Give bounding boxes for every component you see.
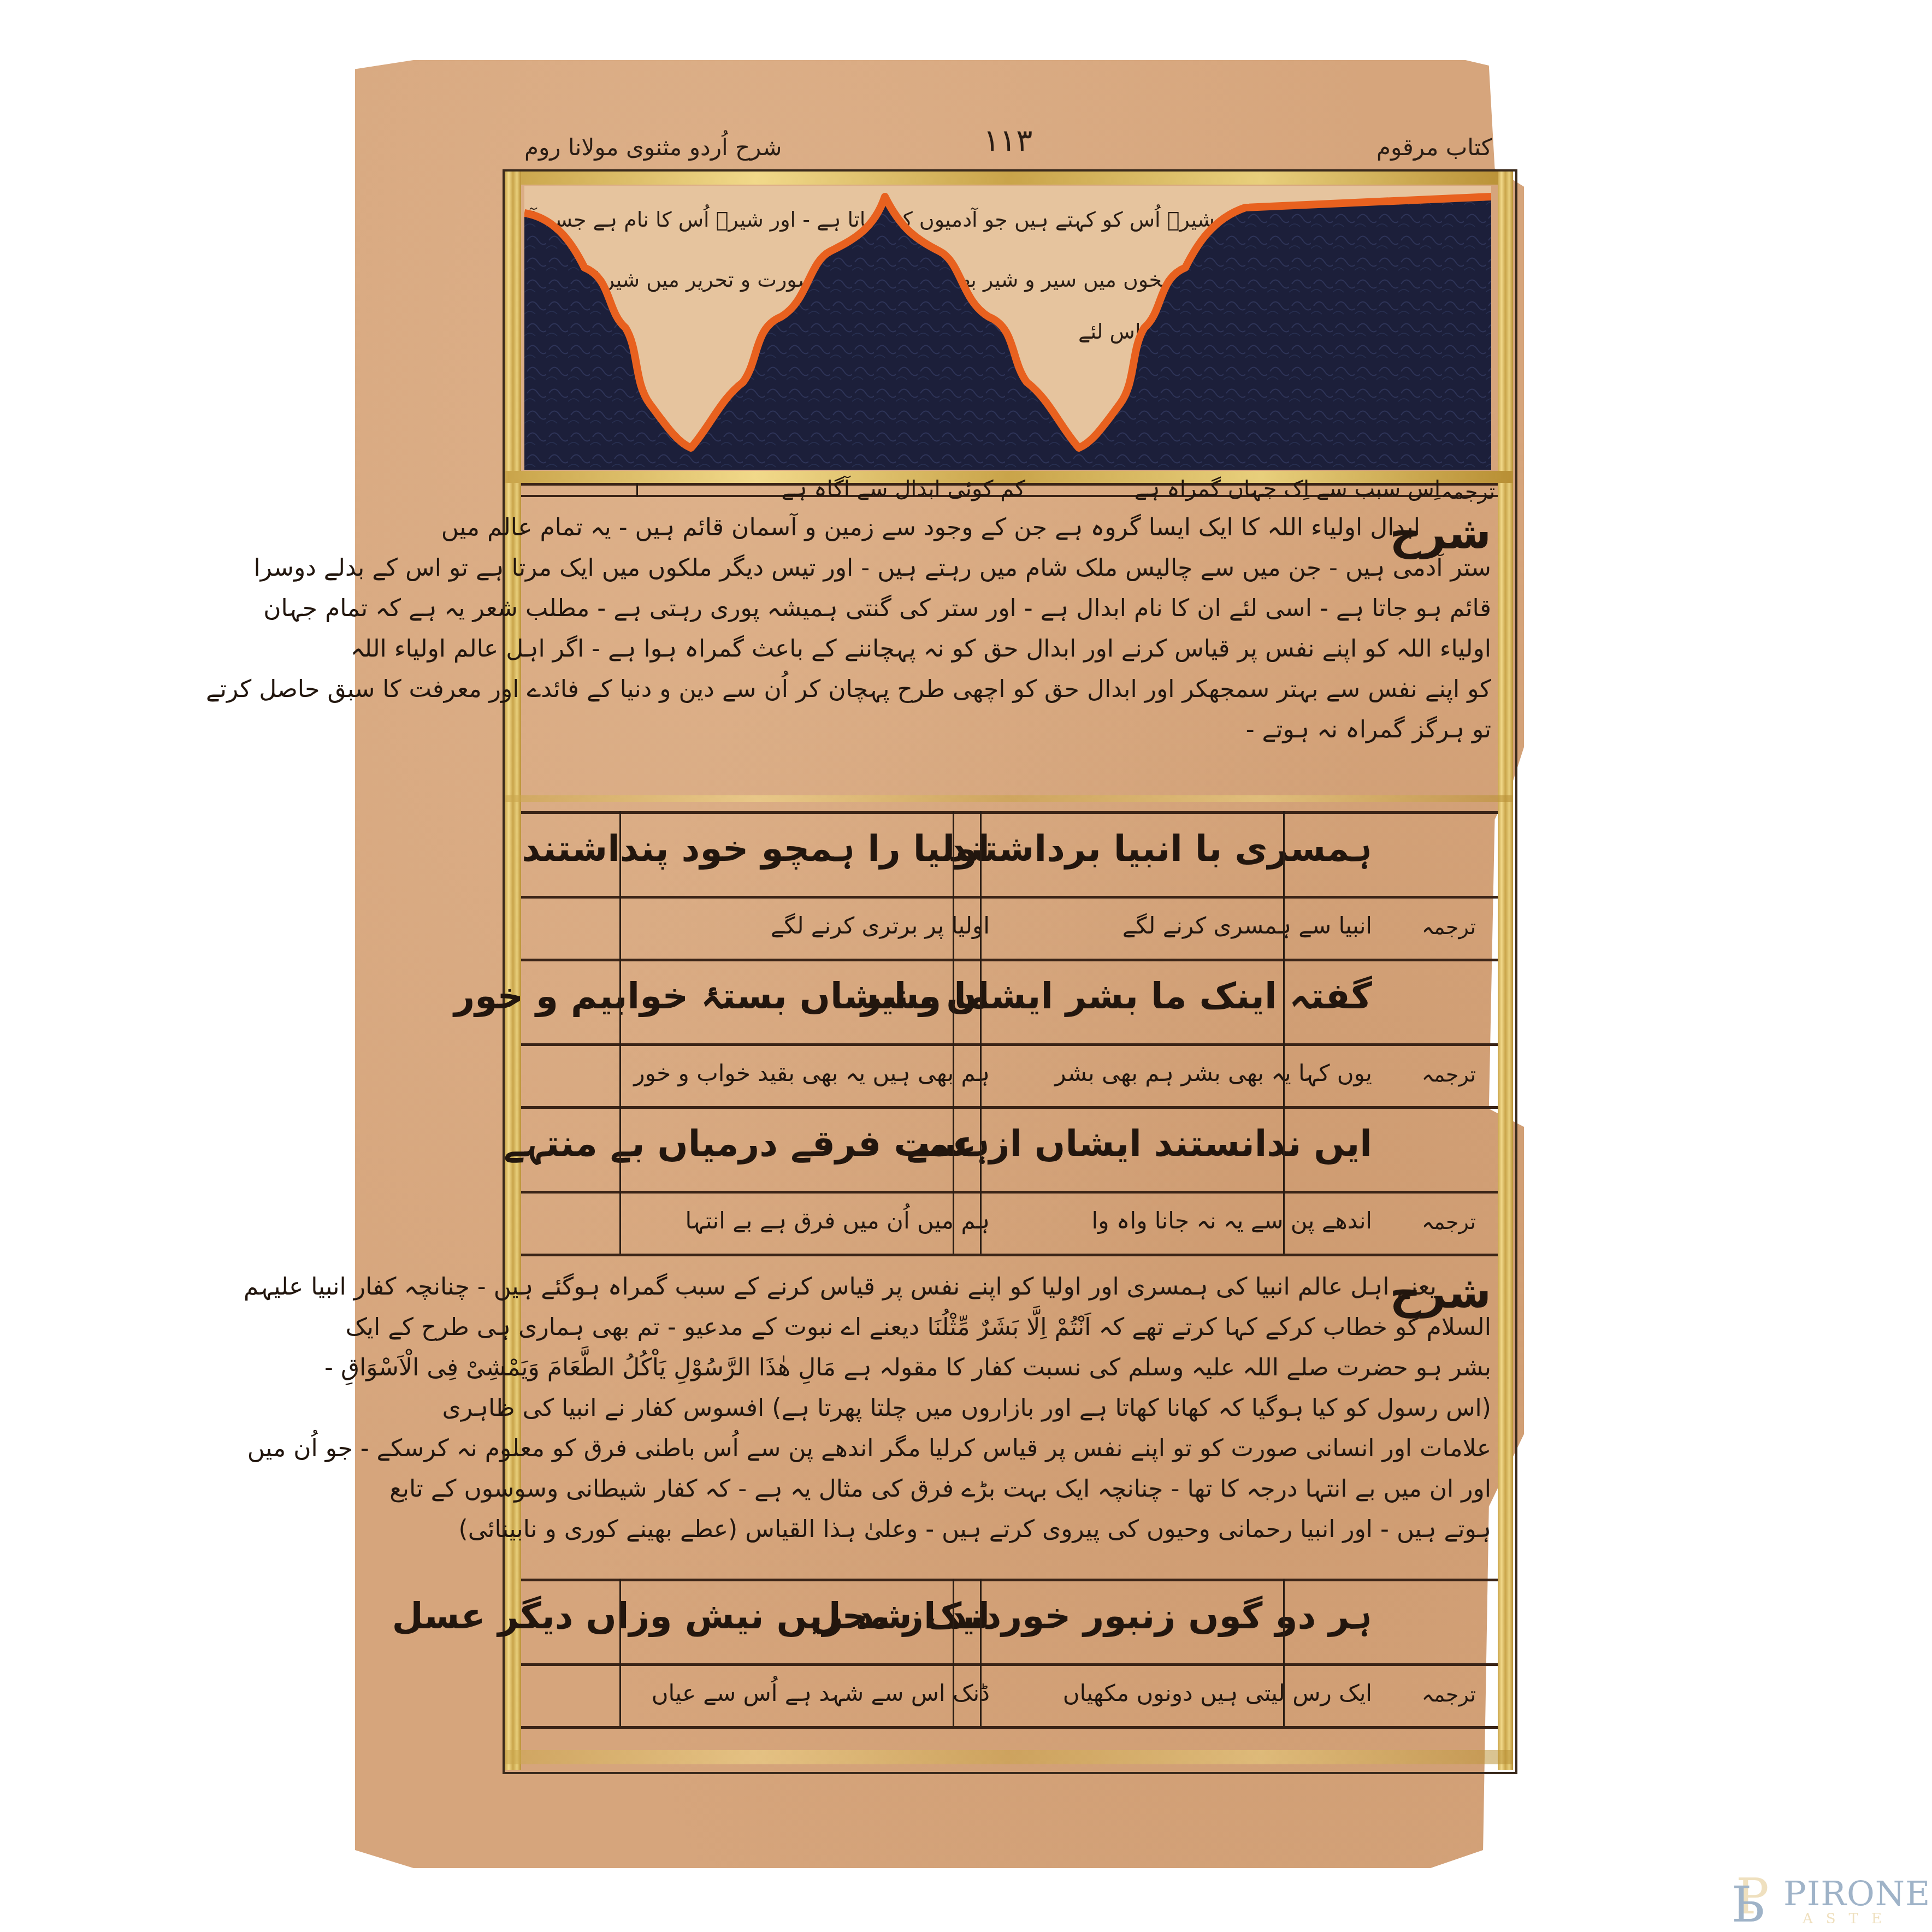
translation-label: ترجمہ — [1422, 1210, 1476, 1234]
rule — [521, 1043, 1498, 1046]
watermark-brand: PIRONE — [1783, 1874, 1930, 1913]
verse-hemistich-left: اولیا را ہمچو خود پنداشتند — [522, 828, 990, 870]
translation-right: اِس سبب سے اِک جہاں گمراہ ہے — [1135, 476, 1440, 501]
translation-left: ڈنک اس سے شہد ہے اُس سے عیاں — [652, 1680, 990, 1706]
commentary-line: علامات اور انسانی صورت کو تو اپنے نفس پر… — [247, 1434, 1491, 1462]
commentary-line: قائم ہو جاتا ہے - اسی لئے ان کا نام ابدا… — [263, 594, 1491, 622]
translation-left: ہم بھی ہیں یہ بھی بقید خواب و خور — [634, 1060, 990, 1086]
rule — [521, 811, 1498, 814]
watermark-sub: ASTE — [1803, 1911, 1895, 1927]
verse-hemistich-left: لیک شد زیں نیش وزاں دیگر عسل — [392, 1595, 990, 1637]
column-divider — [619, 811, 621, 1254]
column-divider — [980, 1579, 982, 1726]
page-number: ۱۱۳ — [983, 123, 1032, 158]
translation-right: اندھے پن سے یہ نہ جانا واہ وا — [1092, 1207, 1372, 1234]
rule — [521, 1254, 1498, 1256]
translation-label: ترجمہ — [1441, 480, 1495, 504]
verse-table-2: ہر دو گوں زنبور خوردند از محللیک شد زیں … — [521, 1579, 1498, 1748]
commentary-line: اور ان میں بے انتہا درجہ کا تھا - چنانچہ… — [389, 1475, 1491, 1503]
commentary-line: ہوتے ہیں - اور انبیا رحمانی وحیوں کی پیر… — [459, 1515, 1491, 1543]
verse-hemistich-left: ہست فرقے درمیاں بے منتہے — [504, 1122, 990, 1165]
column-divider — [980, 811, 982, 1254]
translation-label: ترجمہ — [1422, 1682, 1476, 1706]
gold-border-right — [1498, 172, 1513, 1770]
illuminated-headpiece: شیرآن باشد کہ مردم میخورد - شیرؔ اُس کو … — [524, 186, 1491, 470]
verse-table-1: ہمسری با انبیا برداشتنداولیا را ہمچو خود… — [521, 811, 1498, 1265]
rule — [521, 1579, 1498, 1581]
translation-left: ہم میں اُن میں فرق ہے بے انتہا — [685, 1207, 990, 1234]
rule — [521, 1726, 1498, 1729]
commentary-line: کو اپنے نفس سے بہتر سمجھکر اور ابدال حق … — [206, 675, 1491, 703]
commentary-block-2: شرح یعنے اہل عالم انبیا کی ہمسری اور اول… — [530, 1267, 1491, 1562]
running-header-right: کتاب مرقوم — [1376, 134, 1492, 161]
gold-border-bottom — [505, 1750, 1513, 1764]
rule — [521, 1106, 1498, 1109]
column-divider — [1283, 811, 1285, 1254]
translation-right: ایک رس لیتی ہیں دونوں مکھیاں — [1063, 1680, 1372, 1706]
rule — [521, 1663, 1498, 1666]
commentary-line: یعنے اہل عالم انبیا کی ہمسری اور اولیا ک… — [244, 1273, 1437, 1301]
commentary-line: السلام کو خطاب کرکے کہا کرتے تھے کہ اَنْ… — [345, 1313, 1491, 1341]
cusped-arch-ornament — [524, 186, 1491, 470]
translation-right: یوں کہا یہ بھی بشر ہم بھی بشر — [1055, 1060, 1372, 1086]
commentary-line: بشر ہو حضرت صلے اللہ علیہ وسلم کی نسبت ک… — [324, 1354, 1491, 1381]
translation-left: کم کوئی ابدال سے آگاہ ہے — [782, 476, 1025, 501]
translation-label: ترجمہ — [1422, 1062, 1476, 1086]
column-divider — [1283, 1579, 1285, 1726]
rule — [521, 896, 1498, 899]
column-divider — [636, 483, 638, 497]
gold-band — [505, 795, 1513, 802]
verse-hemistich-left: ما و ایشاں بستۂ خوابیم و خور — [454, 975, 990, 1017]
commentary-block-1: شرح ابدال اولیاء اللہ کا ایک ایسا گروہ ہ… — [530, 508, 1491, 792]
commentary-line: تو ہرگز گمراہ نہ ہوتے - — [1246, 716, 1491, 743]
column-divider — [619, 1579, 621, 1726]
running-header-left: شرح اُردو مثنوی مولانا روم — [524, 134, 782, 161]
commentary-line: ستر آدمی ہیں - جن میں سے چالیس ملک شام م… — [254, 554, 1491, 582]
rule — [521, 1191, 1498, 1194]
column-divider — [953, 811, 954, 1254]
commentary-line: ابدال اولیاء اللہ کا ایک ایسا گروہ ہے جن… — [441, 513, 1420, 541]
verse-hemistich-right: ہمسری با انبیا برداشتند — [949, 828, 1372, 870]
commentary-line: (اس رسول کو کیا ہوگیا کہ کھانا کھاتا ہے … — [442, 1394, 1491, 1422]
rule — [521, 959, 1498, 961]
gold-border-top — [505, 172, 1513, 185]
translation-right: انبیا سے ہمسری کرنے لگے — [1122, 912, 1372, 939]
watermark-monogram: P — [1732, 1874, 1765, 1931]
column-divider — [953, 1579, 954, 1726]
auction-house-watermark: P P PIRONE ASTE — [1732, 1868, 1928, 1928]
translation-label: ترجمہ — [1422, 915, 1476, 939]
translation-left: اولیا پر برتری کرنے لگے — [771, 912, 990, 939]
commentary-line: اولیاء اللہ کو اپنے نفس پر قیاس کرنے اور… — [351, 635, 1491, 663]
